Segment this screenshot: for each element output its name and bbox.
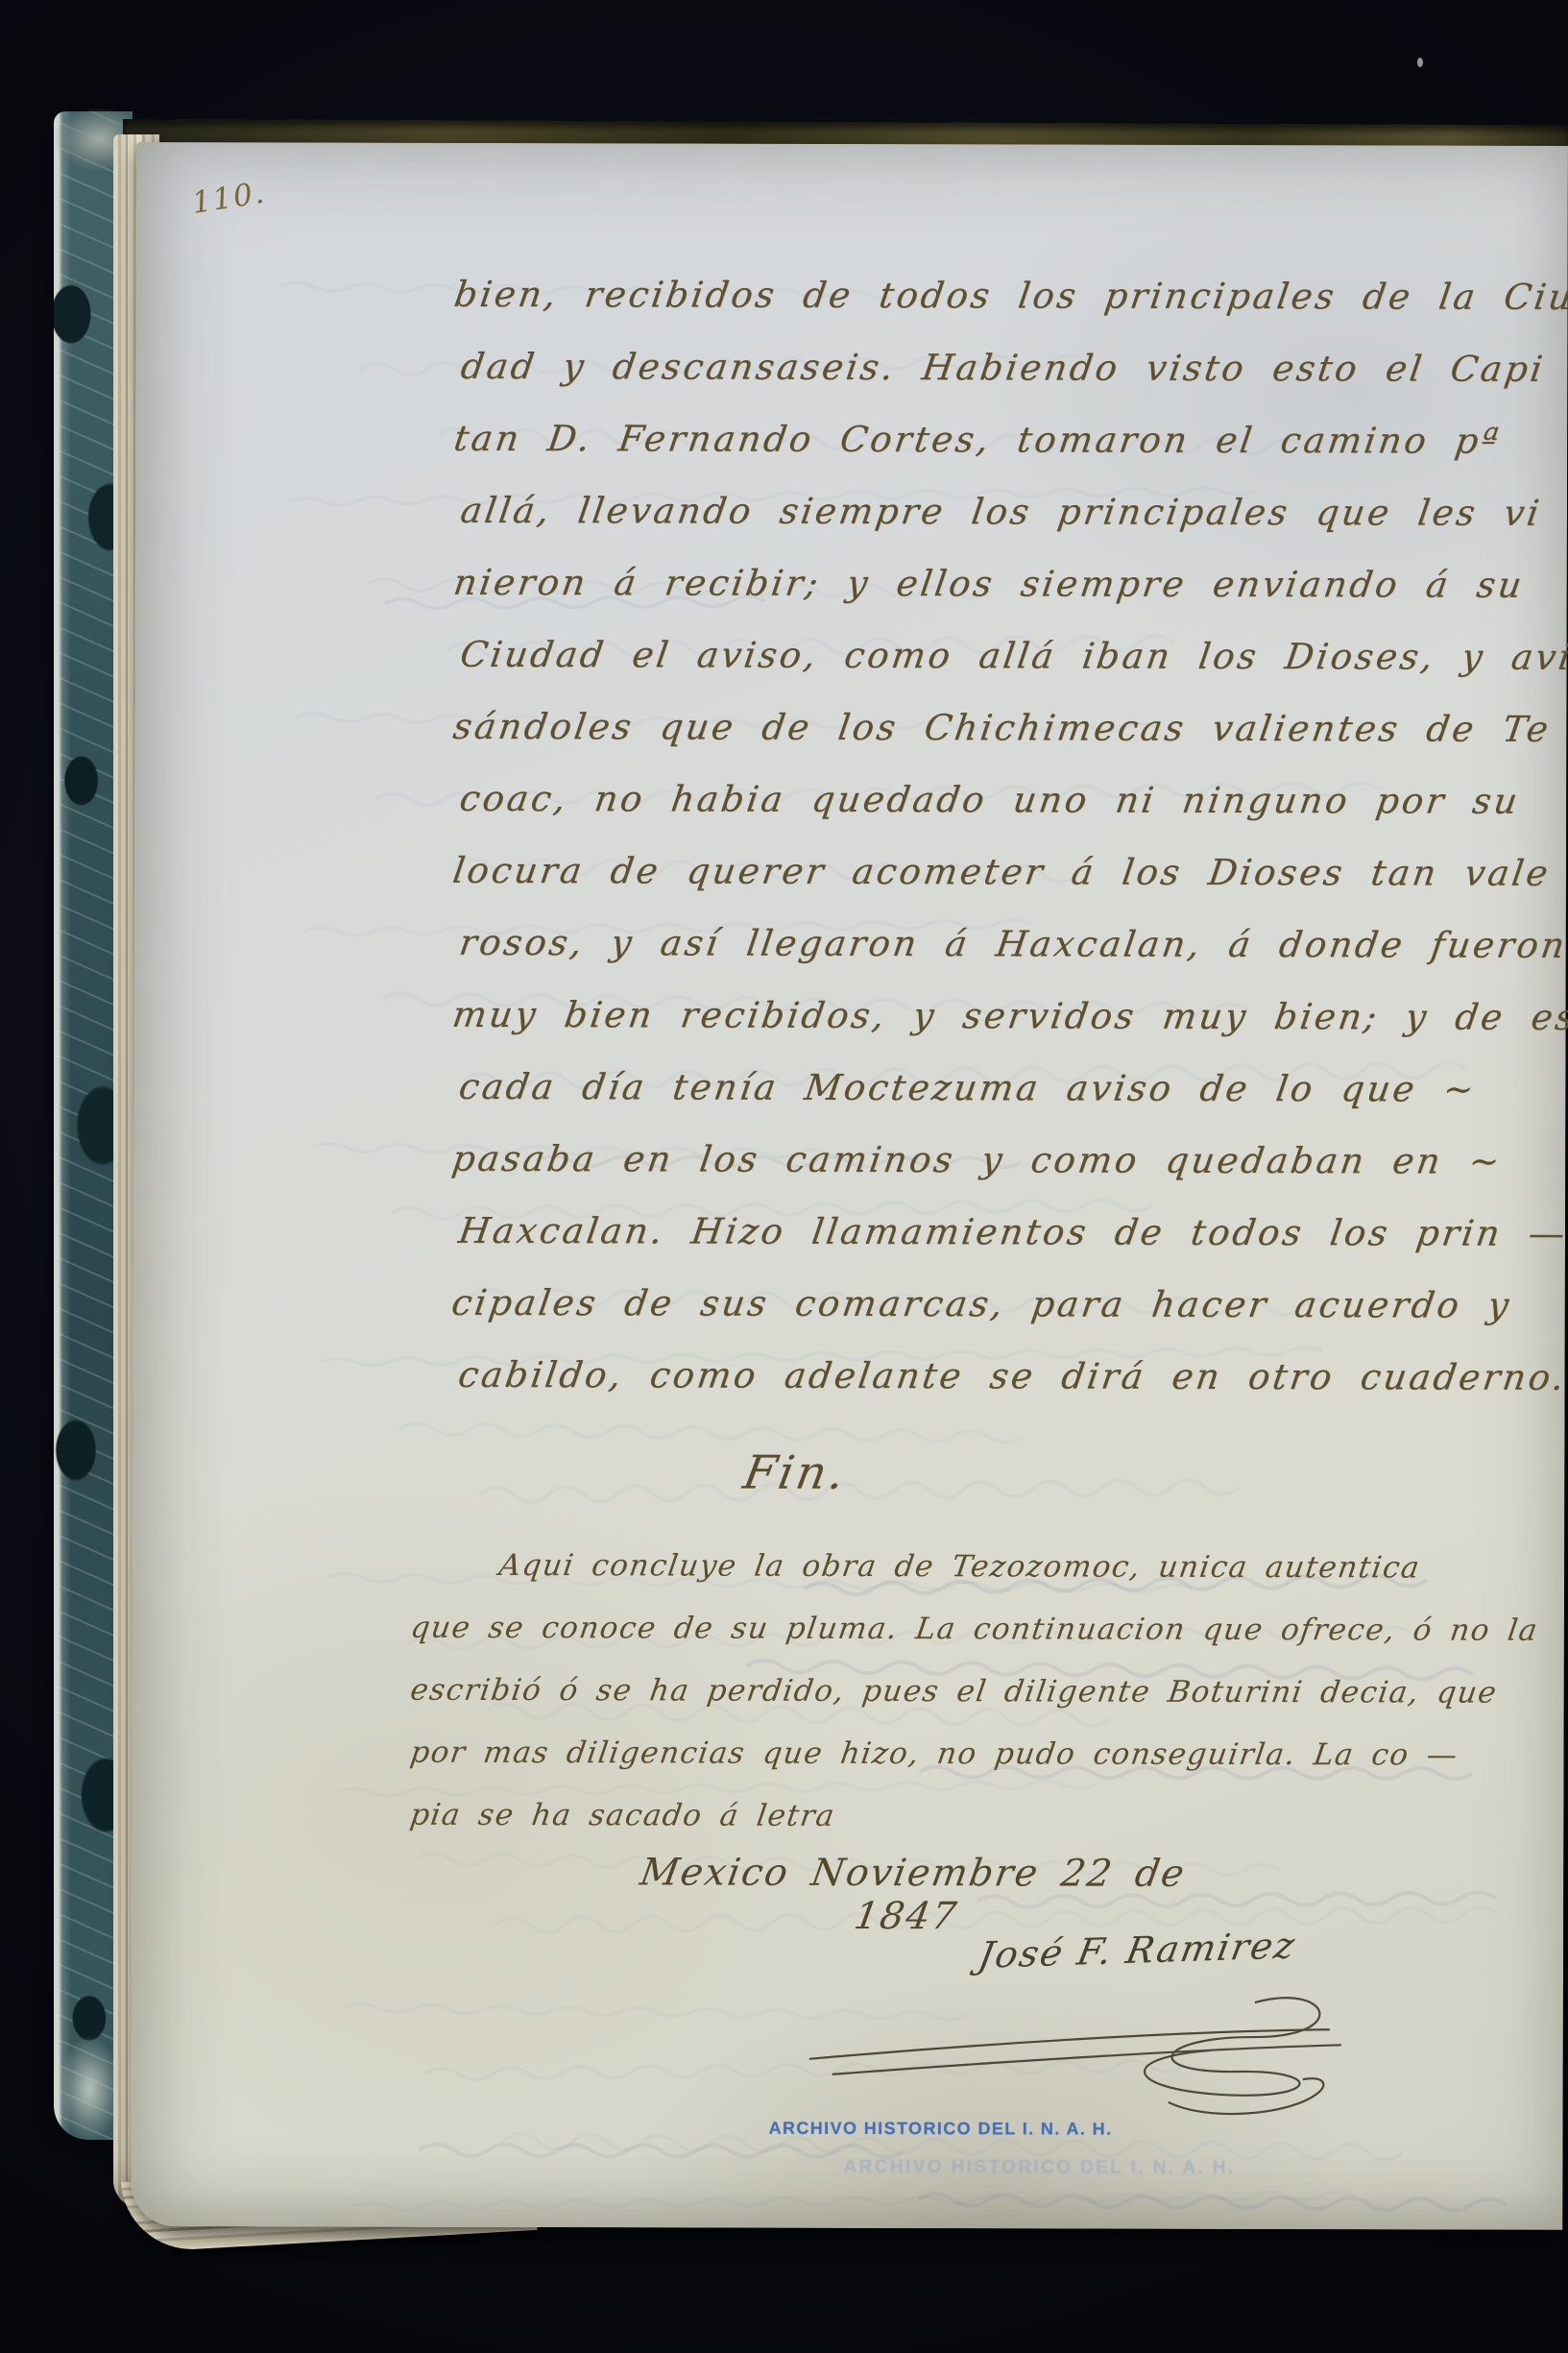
dateline: Mexico Noviembre 22 de 1847	[576, 1851, 1242, 1939]
dust-speck	[1417, 58, 1423, 67]
manuscript-body: bien, recibidos de todos los principales…	[452, 258, 1559, 1414]
archive-stamp: ARCHIVO HISTORICO DEL I. N. A. H.	[769, 2119, 1113, 2140]
colophon-line: Aqui concluye la obra de Tezozomoc, unic…	[406, 1534, 1548, 1599]
manuscript-line: bien, recibidos de todos los principales…	[449, 258, 1564, 333]
manuscript-line: nieron á recibir; y ellos siempre envian…	[448, 546, 1563, 621]
manuscript-line: pasaba en los caminos y como quedaban en…	[447, 1123, 1562, 1198]
manuscript-line: coac, no habia quedado uno ni ninguno po…	[455, 763, 1563, 837]
photo-background: { "document": { "folio_number": "110.", …	[0, 0, 1568, 2353]
manuscript-line: cipales de sus comarcas, para hacer acue…	[446, 1267, 1561, 1342]
manuscript-line: cabildo, como adelante se dirá en otro c…	[453, 1339, 1561, 1414]
manuscript-line: Haxcalan. Hizo llamamientos de todos los…	[454, 1195, 1562, 1270]
manuscript-line: dad y descansaseis. Habiendo visto esto …	[456, 330, 1564, 405]
colophon-note: Aqui concluye la obra de Tezozomoc, unic…	[410, 1534, 1544, 1849]
manuscript-line: locura de querer acometer á los Dioses t…	[448, 835, 1563, 910]
manuscript-line: cada día tenía Moctezuma aviso de lo que…	[454, 1051, 1562, 1126]
archive-stamp-showthrough: ARCHIVO HISTORICO DEL I. N. A. H.	[843, 2157, 1235, 2179]
colophon-line: pia se ha sacado á letra	[406, 1783, 1548, 1849]
manuscript-line: sándoles que de los Chichimecas valiente…	[448, 691, 1563, 765]
fin-heading: Fin.	[665, 1445, 925, 1500]
manuscript-page: 110. bien, recibidos de todos los princi…	[131, 142, 1568, 2230]
colophon-line: escribió ó se ha perdido, pues el dilige…	[406, 1659, 1548, 1724]
colophon-line: que se conoce de su pluma. La continuaci…	[406, 1596, 1548, 1662]
manuscript-line: muy bien recibidos, y servidos muy bien;…	[447, 979, 1562, 1054]
manuscript-line: rosos, y así llegaron á Haxcalan, á dond…	[454, 907, 1562, 982]
manuscript-line: allá, llevando siempre los principales q…	[456, 474, 1564, 549]
signature-rubric-flourish	[804, 1986, 1361, 2132]
manuscript-line: tan D. Fernando Cortes, tomaron el camin…	[449, 402, 1564, 477]
colophon-line: por mas diligencias que hizo, no pudo co…	[406, 1721, 1548, 1786]
manuscript-line: Ciudad el aviso, como allá iban los Dios…	[455, 619, 1563, 693]
